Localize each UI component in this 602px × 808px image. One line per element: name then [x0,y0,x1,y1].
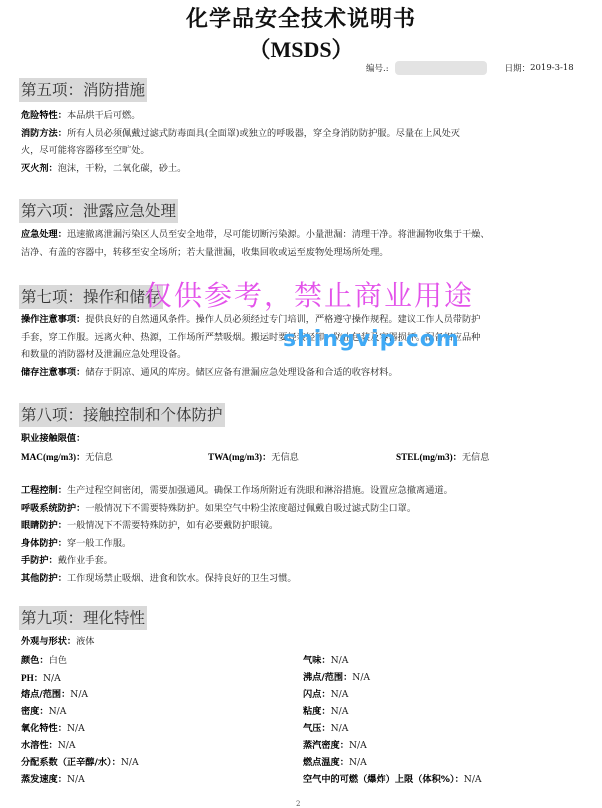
extinguisher-value: 泡沫，干粉，二氧化碳，砂土。 [58,163,187,174]
stel-row: STEL(mg/m3)：无信息 [396,449,489,466]
handling-value: 提供良好的自然通风条件。操作人员必须经过专门培训，严格遵守操作规程。建议工作人员… [85,314,480,325]
appearance-value: 液体 [76,636,94,647]
melting-label: 熔点/范围： [21,689,70,700]
emergency-row-cont: 洁净、有盖的容器中，转移至安全场所；若大量泄漏，收集回收或运至废物处理场所处理。 [21,244,581,262]
mac-label: MAC(mg/m3)： [21,452,85,462]
body-value: 穿一般工作服。 [67,538,131,549]
prop-right-1: 沸点/范围：N/A [303,670,370,686]
date-label: 日期： [505,62,531,74]
prop-left-3: 密度：N/A [21,704,66,720]
engineering-value: 生产过程空间密闭，需要加强通风。确保工作场所附近有洗眼和淋浴措施。设置应急撤离通… [67,485,453,496]
firefighting-row: 消防方法：所有人员必须佩戴过滤式防毒面具(全面罩)或独立的呼吸器，穿全身消防防护… [21,125,581,143]
solubility-label: 水溶性： [21,740,58,751]
prop-right-3: 粘度：N/A [303,704,348,720]
section-6-body: 应急处理：迅速撤离泄漏污染区人员至安全地带，尽可能切断污染源。小量泄漏：清理干净… [21,226,581,261]
vapor-density-label: 蒸汽密度： [303,740,349,751]
prop-left-4: 氧化特性：N/A [21,721,85,737]
document-title: 化学品安全技术说明书 [0,2,602,33]
odor-label: 气味： [303,655,331,666]
emergency-row: 应急处理：迅速撤离泄漏污染区人员至安全地带，尽可能切断污染源。小量泄漏：清理干净… [21,226,581,244]
boiling-value: N/A [352,672,370,683]
other-label: 其他防护： [21,573,67,584]
watermark-cn: 仅供参考，禁止商业用途 [144,274,474,314]
viscosity-label: 粘度： [303,706,331,717]
exposure-limits-label: 职业接触限值： [21,431,85,447]
section-5-body: 危险特性：本品烘干后可燃。 消防方法：所有人员必须佩戴过滤式防毒面具(全面罩)或… [21,107,581,177]
prop-left-2: 熔点/范围：N/A [21,687,88,703]
ignition-value: N/A [349,757,367,768]
ph-value: N/A [43,673,61,684]
eye-value: 一般情况下不需要特殊防护，如有必要戴防护眼镜。 [67,520,278,531]
storage-label: 储存注意事项： [21,367,85,378]
ignition-label: 燃点温度： [303,757,349,768]
section-8-body: 工程控制：生产过程空间密闭，需要加强通风。确保工作场所附近有洗眼和淋浴措施。设置… [21,482,581,587]
other-row: 其他防护：工作现场禁止吸烟、进食和饮水。保持良好的卫生习惯。 [21,570,581,588]
hazard-row: 危险特性：本品烘干后可燃。 [21,107,581,125]
evaporation-label: 蒸发速度： [21,774,67,785]
firefighting-row-cont: 火，尽可能将容器移至空旷处。 [21,142,581,160]
section-9-title: 第九项：理化特性 [19,606,147,630]
respiratory-value: 一般情况下不需要特殊防护。如果空气中粉尘浓度超过佩戴自吸过滤式防尘口罩。 [85,503,416,514]
explosion-limit-value: N/A [464,774,482,785]
handling-label: 操作注意事项： [21,314,85,325]
storage-value: 储存于阴凉、通风的库房。储区应备有泄漏应急处理设备和合适的收容材料。 [85,367,397,378]
firefighting-label: 消防方法： [21,128,67,139]
exposure-limits-text: 职业接触限值： [21,433,85,444]
hand-row: 手防护：戴作业手套。 [21,552,581,570]
viscosity-value: N/A [331,706,349,717]
section-7-title: 第七项：操作和储存 [19,285,163,309]
engineering-row: 工程控制：生产过程空间密闭，需要加强通风。确保工作场所附近有洗眼和淋浴措施。设置… [21,482,581,500]
prop-right-2: 闪点：N/A [303,687,348,703]
eye-row: 眼睛防护：一般情况下不需要特殊防护，如有必要戴防护眼镜。 [21,517,581,535]
boiling-label: 沸点/范围： [303,672,352,683]
prop-left-5: 水溶性：N/A [21,738,76,754]
respiratory-label: 呼吸系统防护： [21,503,85,514]
appearance-row: 外观与形状：液体 [21,634,95,650]
oxidizing-value: N/A [67,723,85,734]
mac-row: MAC(mg/m3)：无信息 [21,449,113,466]
storage-row: 储存注意事项：储存于阴凉、通风的库房。储区应备有泄漏应急处理设备和合适的收容材料… [21,364,581,382]
prop-right-6: 燃点温度：N/A [303,755,367,771]
engineering-label: 工程控制： [21,485,67,496]
flash-value: N/A [331,689,349,700]
solubility-value: N/A [58,740,76,751]
emergency-label: 应急处理： [21,229,67,240]
eye-label: 眼睛防护： [21,520,67,531]
extinguisher-row: 灭火剂：泡沫，干粉，二氧化碳，砂土。 [21,160,581,178]
prop-right-5: 蒸汽密度：N/A [303,738,367,754]
hazard-label: 危险特性： [21,110,67,121]
redacted-number [395,61,487,75]
flash-label: 闪点： [303,689,331,700]
hand-label: 手防护： [21,555,58,566]
body-row: 身体防护：穿一般工作服。 [21,535,581,553]
prop-left-7: 蒸发速度：N/A [21,772,85,788]
stel-value: 无信息 [462,452,490,463]
stel-label: STEL(mg/m3)： [396,452,462,462]
evaporation-value: N/A [67,774,85,785]
density-value: N/A [49,706,67,717]
ph-label: PH： [21,673,43,683]
prop-left-1: PH：N/A [21,670,61,687]
number-label: 编号.: [366,62,389,74]
section-8-title: 第八项：接触控制和个体防护 [19,403,225,427]
date-value: 2019-3-18 [530,63,574,73]
mac-value: 无信息 [85,452,113,463]
color-value: 白色 [49,655,67,666]
twa-label: TWA(mg/m3)： [208,452,271,462]
watermark-en: shingvip.com [283,327,460,352]
page-number: 2 [296,800,300,808]
pressure-label: 气压： [303,723,331,734]
density-label: 密度： [21,706,49,717]
respiratory-row: 呼吸系统防护：一般情况下不需要特殊防护。如果空气中粉尘浓度超过佩戴自吸过滤式防尘… [21,500,581,518]
oxidizing-label: 氧化特性： [21,723,67,734]
pressure-value: N/A [331,723,349,734]
vapor-density-value: N/A [349,740,367,751]
section-6-title: 第六项：泄露应急处理 [19,199,178,223]
document-meta: 编号.: 日期： 2019-3-18 [366,61,574,75]
document-subtitle: （MSDS） [0,33,602,64]
hazard-value: 本品烘干后可燃。 [67,110,141,121]
explosion-limit-label: 空气中的可燃（爆炸）上限（体积%）： [303,774,464,785]
prop-left-0: 颜色：白色 [21,653,67,669]
section-5-title: 第五项：消防措施 [19,78,147,102]
prop-left-6: 分配系数（正辛醇/水）：N/A [21,755,139,771]
melting-value: N/A [70,689,88,700]
body-label: 身体防护： [21,538,67,549]
appearance-label: 外观与形状： [21,636,76,647]
prop-right-0: 气味：N/A [303,653,348,669]
extinguisher-label: 灭火剂： [21,163,58,174]
hand-value: 戴作业手套。 [58,555,113,566]
partition-value: N/A [121,757,139,768]
emergency-value: 迅速撤离泄漏污染区人员至安全地带，尽可能切断污染源。小量泄漏：清理干净。将泄漏物… [67,229,490,240]
odor-value: N/A [331,655,349,666]
other-value: 工作现场禁止吸烟、进食和饮水。保持良好的卫生习惯。 [67,573,297,584]
partition-label: 分配系数（正辛醇/水）： [21,757,121,768]
prop-right-4: 气压：N/A [303,721,348,737]
firefighting-value: 所有人员必须佩戴过滤式防毒面具(全面罩)或独立的呼吸器，穿全身消防防护服。尽量在… [67,128,460,139]
color-label: 颜色： [21,655,49,666]
twa-value: 无信息 [271,452,299,463]
twa-row: TWA(mg/m3)：无信息 [208,449,299,466]
prop-right-7: 空气中的可燃（爆炸）上限（体积%）：N/A [303,772,482,788]
